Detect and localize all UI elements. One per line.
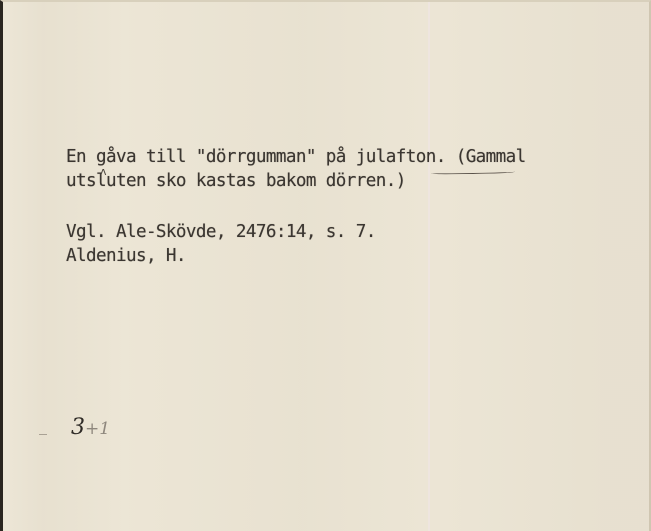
pencil-tick-mark xyxy=(39,434,47,435)
handwritten-underline xyxy=(431,169,515,174)
typed-line-informant: Aldenius, H. xyxy=(66,243,186,269)
handwritten-card-number: 3+1 xyxy=(71,415,110,440)
typed-line-description: En gåva till "dörrgumman" på julafton. (… xyxy=(66,144,526,170)
typed-line-reference: Vgl. Ale-Skövde, 2476:14, s. 7. xyxy=(66,219,376,245)
typed-line-description-continued: utsluten sko kastas bakom dörren.) xyxy=(66,168,406,194)
insertion-caret-mark: v xyxy=(100,166,107,179)
index-card: En gåva till "dörrgumman" på julafton. (… xyxy=(0,0,651,531)
handwritten-number-faint: +1 xyxy=(85,419,110,439)
handwritten-number-main: 3 xyxy=(71,415,85,440)
paper-streak xyxy=(428,2,430,531)
